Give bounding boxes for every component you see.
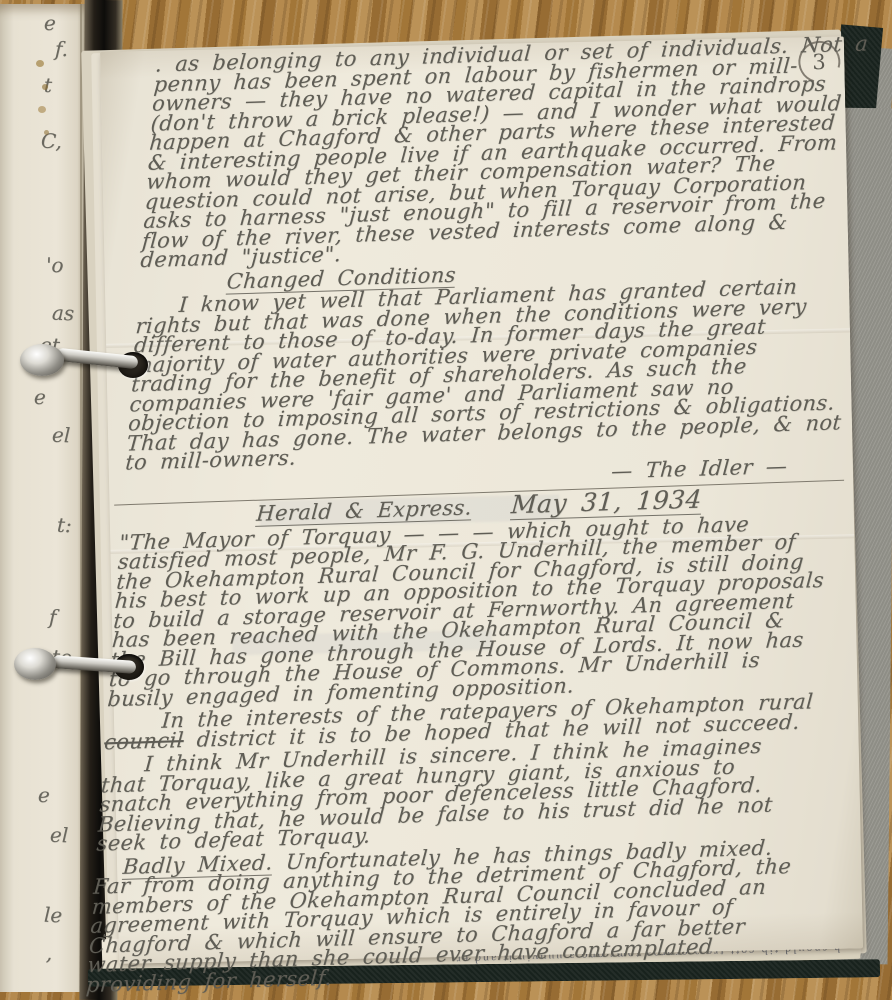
ink-blot [44, 130, 49, 135]
left-page-text-fragment: f. [55, 40, 69, 58]
idler-body-paragraph: I know yet well that Parliament has gran… [125, 276, 854, 473]
left-page-text-fragment: t: [57, 516, 72, 535]
left-page-text-fragment: as [52, 304, 75, 323]
binder-post-knob [20, 344, 64, 376]
left-page-text-fragment: 'o [46, 256, 64, 275]
idler-continuation-paragraph: . as belonging to any individual or set … [140, 34, 872, 270]
journal-page: 3 . as belonging to any individual or se… [100, 36, 863, 963]
left-page-text-fragment: f [48, 608, 56, 626]
press-paragraph-4: Badly Mixed. Unfortunately he has things… [85, 837, 811, 995]
press-paragraph-1: "The Mayor of Torquay — — — which ought … [107, 512, 836, 709]
left-page-text-fragment: , [45, 944, 52, 962]
page-content: . as belonging to any individual or set … [87, 34, 871, 968]
left-page-text-fragment: e [34, 388, 46, 406]
ink-blot [42, 84, 48, 90]
scrapbook-photo: e f. t C, 'o as et e el t: f to e el le … [0, 0, 892, 1000]
struck-word-council: council [103, 727, 184, 753]
previous-page-edge: e f. t C, 'o as et e el t: f to e el le … [0, 4, 86, 992]
left-page-text-fragment: e [38, 786, 50, 804]
left-page-text-fragment: el [51, 426, 70, 445]
ink-blot [38, 106, 46, 113]
left-page-text-fragment: le [43, 906, 62, 925]
ink-blot [36, 60, 44, 67]
left-page-text-fragment: e [44, 14, 56, 32]
binder-post-knob [14, 648, 56, 680]
left-page-text-fragment: el [49, 826, 68, 845]
